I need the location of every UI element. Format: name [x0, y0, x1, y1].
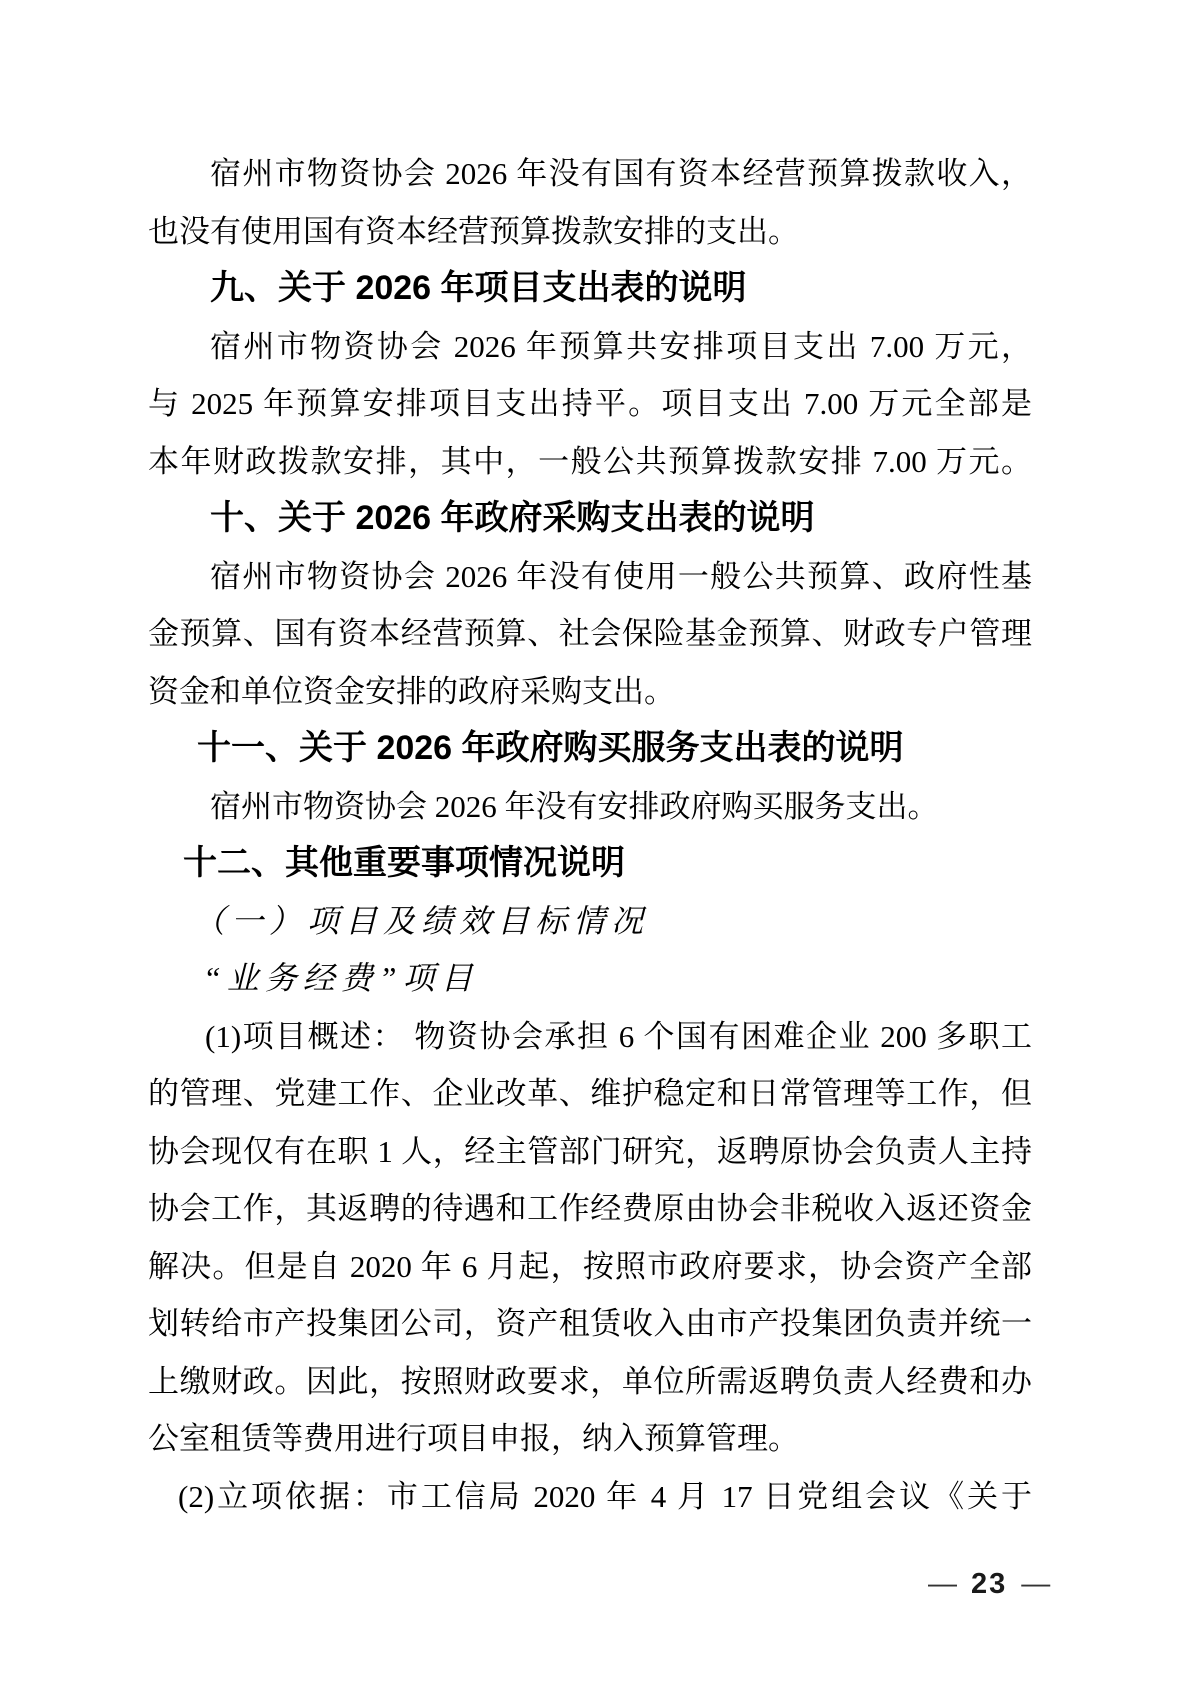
- body-text-line: 宿州市物资协会 2026 年没有安排政府购买服务支出。: [148, 778, 1032, 836]
- footer-dash-left: —: [928, 1568, 957, 1601]
- body-text-line: 协会工作，其返聘的待遇和工作经费原由协会非税收入返还资金: [148, 1180, 1032, 1238]
- body-text-line: 协会现仅有在职 1 人，经主管部门研究，返聘原协会负责人主持: [148, 1123, 1032, 1181]
- body-text-line: 资金和单位资金安排的政府采购支出。: [148, 663, 1032, 721]
- body-text-line: 与 2025 年预算安排项目支出持平。项目支出 7.00 万元全部是: [148, 375, 1032, 433]
- body-text-line: 宿州市物资协会 2026 年没有国有资本经营预算拨款收入，: [148, 145, 1032, 203]
- page-footer: — 23 —: [928, 1568, 1050, 1601]
- body-text-line: 划转给市产投集团公司，资产租赁收入由市产投集团负责并统一: [148, 1295, 1032, 1353]
- section-heading: 九、关于 2026 年项目支出表的说明: [148, 260, 1032, 318]
- body-text-line: 本年财政拨款安排，其中，一般公共预算拨款安排 7.00 万元。: [148, 433, 1032, 491]
- document-page: 宿州市物资协会 2026 年没有国有资本经营预算拨款收入，也没有使用国有资本经营…: [0, 0, 1190, 1683]
- body-text-line: (1)项目概述： 物资协会承担 6 个国有困难企业 200 多职工: [148, 1008, 1032, 1066]
- body-text-line: 解决。但是自 2020 年 6 月起，按照市政府要求，协会资产全部: [148, 1238, 1032, 1296]
- document-body: 宿州市物资协会 2026 年没有国有资本经营预算拨款收入，也没有使用国有资本经营…: [148, 145, 1032, 1525]
- body-text-line: 金预算、国有资本经营预算、社会保险基金预算、财政专户管理: [148, 605, 1032, 663]
- body-text-line: 宿州市物资协会 2026 年预算共安排项目支出 7.00 万元，: [148, 318, 1032, 376]
- body-text-line: 公室租赁等费用进行项目申报，纳入预算管理。: [148, 1410, 1032, 1468]
- body-text-line: 上缴财政。因此，按照财政要求，单位所需返聘负责人经费和办: [148, 1353, 1032, 1411]
- body-text-line: (2)立项依据：市工信局 2020 年 4 月 17 日党组会议《关于: [148, 1468, 1032, 1526]
- footer-dash-right: —: [1021, 1568, 1050, 1601]
- body-text-line: 宿州市物资协会 2026 年没有使用一般公共预算、政府性基: [148, 548, 1032, 606]
- body-text-line: 也没有使用国有资本经营预算拨款安排的支出。: [148, 203, 1032, 261]
- page-number: 23: [971, 1568, 1007, 1601]
- sub-heading: “业务经费”项目: [148, 950, 1032, 1008]
- section-heading: 十二、其他重要事项情况说明: [148, 835, 1032, 893]
- body-text-line: 的管理、党建工作、企业改革、维护稳定和日常管理等工作，但: [148, 1065, 1032, 1123]
- section-heading: 十一、关于 2026 年政府购买服务支出表的说明: [148, 720, 1032, 778]
- sub-heading: （一）项目及绩效目标情况: [148, 893, 1032, 951]
- section-heading: 十、关于 2026 年政府采购支出表的说明: [148, 490, 1032, 548]
